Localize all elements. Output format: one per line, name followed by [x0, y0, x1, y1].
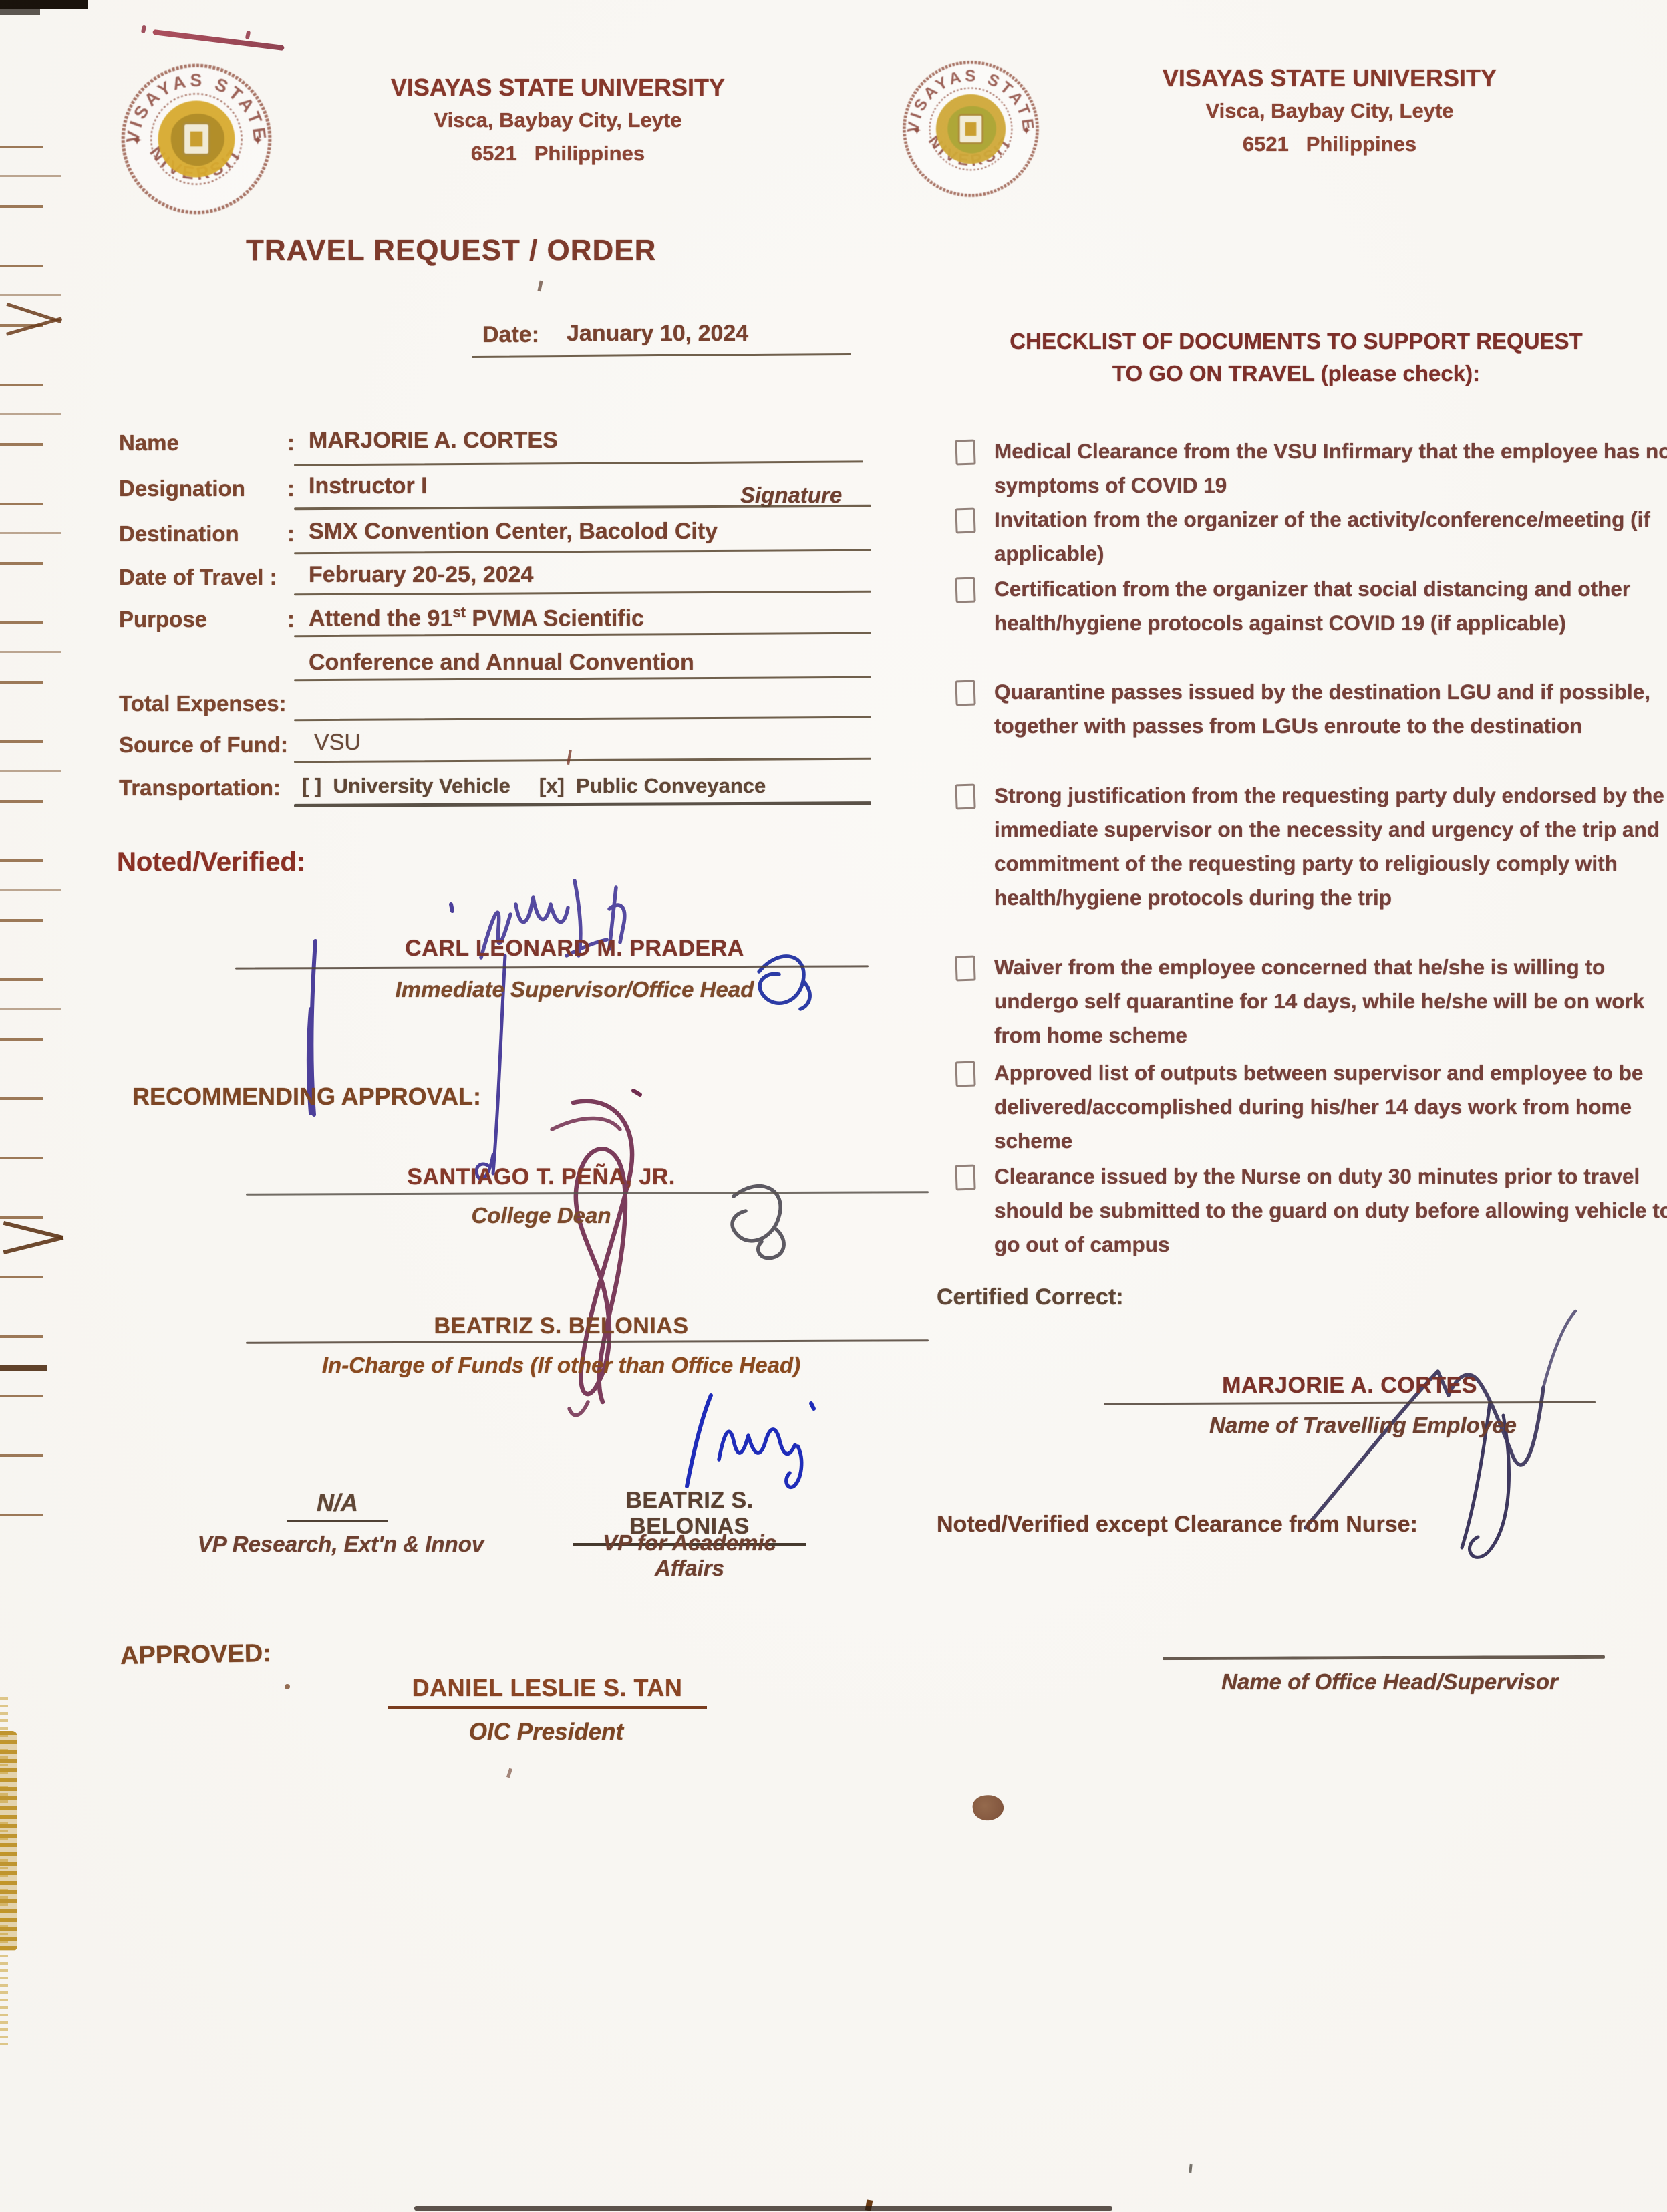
signature-belonias — [655, 1385, 869, 1497]
checkbox-icon — [955, 507, 975, 533]
in-charge-funds-name: BEATRIZ S. BELONIAS — [347, 1313, 775, 1339]
bottom-scan-line — [414, 2206, 1112, 2211]
stray-tick-mark — [537, 281, 543, 292]
checklist-item-text: Medical Clearance from the VSU Infirmary… — [994, 439, 1667, 497]
destination-value: SMX Convention Center, Bacolod City — [309, 519, 718, 545]
checklist-item-text: Waiver from the employee concerned that … — [994, 955, 1644, 1047]
checklist-item: Quarantine passes issued by the destinat… — [954, 675, 1667, 743]
in-charge-funds-line — [246, 1339, 929, 1344]
checklist-item-text: Clearance issued by the Nurse on duty 30… — [994, 1164, 1667, 1256]
scan-edge-corner-mark — [0, 0, 88, 9]
checklist-item: Approved list of outputs between supervi… — [954, 1056, 1667, 1158]
vp-academic-title: VP for Academic Affairs — [583, 1530, 796, 1581]
source-of-fund-value: VSU — [314, 730, 361, 756]
total-expenses-underline — [294, 716, 871, 722]
page-title: TRAVEL REQUEST / ORDER — [246, 234, 656, 267]
total-expenses-label: Total Expenses: — [119, 691, 287, 716]
checklist-item: Strong justification from the requesting… — [954, 779, 1667, 915]
red-ink-dot — [141, 25, 146, 34]
svg-text:✦: ✦ — [252, 133, 263, 148]
designation-value: Instructor I — [309, 473, 428, 499]
travel-date-label: Date of Travel : — [119, 565, 277, 590]
certified-correct-name: MARJORIE A. CORTES — [1163, 1373, 1537, 1399]
approved-heading: APPROVED: — [120, 1639, 272, 1671]
recommending-approval-name: SANTIAGO T. PEÑA, JR. — [321, 1164, 762, 1190]
name-label: Name — [119, 430, 179, 456]
approved-title: OIC President — [428, 1719, 665, 1746]
noted-verified-name: CARL LEONARD M. PRADERA — [281, 936, 869, 962]
purpose-underline-2 — [294, 676, 871, 682]
scanned-travel-request-document: VISAYAS STATE UNIVERSITY ✦ ✦ VISAYAS STA… — [0, 0, 1667, 2212]
svg-text:✦: ✦ — [1021, 123, 1032, 137]
header-left-address1: Visca, Baybay City, Leyte — [364, 108, 752, 132]
bottom-speck — [1189, 2164, 1192, 2173]
transportation-value: [ ] University Vehicle [x] Public Convey… — [302, 774, 766, 798]
office-head-line — [1163, 1655, 1605, 1660]
scan-edge-binder-dashes-2 — [0, 175, 61, 1010]
red-ink-smudge — [152, 29, 284, 51]
certified-correct-line — [1104, 1401, 1596, 1405]
vp-research-title: VP Research, Ext'n & Innov — [154, 1532, 528, 1557]
source-of-fund-underline — [294, 758, 871, 763]
in-charge-funds-title: In-Charge of Funds (If other than Office… — [281, 1353, 842, 1378]
date-underline — [472, 353, 851, 358]
header-left-address2: 6521 Philippines — [364, 142, 752, 166]
purpose-superscript: st — [452, 604, 466, 621]
date-label: Date: — [482, 322, 539, 348]
destination-colon: : — [287, 521, 295, 547]
purpose-colon: : — [287, 607, 295, 632]
noted-verified-title: Immediate Supervisor/Office Head — [281, 977, 869, 1002]
checklist-item-text: Certification from the organizer that so… — [994, 577, 1630, 635]
designation-underline — [294, 505, 871, 511]
checklist-item: Invitation from the organizer of the act… — [954, 503, 1667, 571]
stray-pen-tick — [567, 750, 572, 765]
checklist-item: Medical Clearance from the VSU Infirmary… — [954, 434, 1667, 503]
noted-except-title: Name of Office Head/Supervisor — [1196, 1669, 1583, 1695]
approved-name: DANIEL LESLIE S. TAN — [388, 1674, 707, 1709]
checkbox-icon — [955, 680, 975, 706]
checkbox-icon — [955, 955, 975, 981]
designation-colon: : — [287, 476, 295, 501]
purpose-label: Purpose — [119, 607, 207, 632]
travel-date-value: February 20-25, 2024 — [309, 562, 533, 588]
purpose-underline-1 — [294, 632, 871, 638]
scan-edge-thick-dash — [0, 1365, 47, 1371]
checkbox-icon — [955, 783, 975, 809]
noted-except-heading: Noted/Verified except Clearance from Nur… — [937, 1512, 1418, 1538]
name-value: MARJORIE A. CORTES — [309, 428, 558, 454]
purpose-value-line1: Attend the 91st PVMA Scientific — [309, 604, 644, 632]
name-underline — [294, 460, 863, 466]
svg-text:✦: ✦ — [912, 123, 923, 137]
designation-label: Designation — [119, 476, 245, 501]
certified-correct-title: Name of Travelling Employee — [1176, 1413, 1550, 1438]
checklist-heading-line1: CHECKLIST OF DOCUMENTS TO SUPPORT REQUES… — [962, 329, 1630, 354]
checkbox-icon — [955, 577, 975, 603]
noted-verified-heading: Noted/Verified: — [117, 847, 305, 877]
header-right-university: VISAYAS STATE UNIVERSITY — [1102, 64, 1557, 92]
transportation-label: Transportation: — [119, 775, 281, 801]
header-left-university: VISAYAS STATE UNIVERSITY — [364, 74, 752, 102]
red-ink-dot-2 — [245, 31, 251, 40]
travel-date-underline — [294, 591, 871, 596]
checklist-item-text: Invitation from the organizer of the act… — [994, 507, 1650, 565]
stray-comma-mark — [506, 1768, 512, 1778]
name-colon: : — [287, 430, 295, 456]
certified-correct-heading: Certified Correct: — [937, 1284, 1124, 1310]
purpose-value-line2: Conference and Annual Convention — [309, 650, 694, 676]
header-right-address1: Visca, Baybay City, Leyte — [1102, 99, 1557, 123]
noted-verified-line — [235, 965, 869, 969]
checkbox-icon — [955, 1061, 975, 1087]
scan-edge-gold-cluster-2 — [0, 1697, 8, 2045]
checklist-item: Waiver from the employee concerned that … — [954, 950, 1667, 1053]
vp-research-name: N/A — [287, 1489, 388, 1522]
stray-dot — [285, 1684, 290, 1689]
header-right-address2: 6521 Philippines — [1102, 132, 1557, 156]
destination-underline — [294, 549, 871, 555]
recommending-approval-line — [246, 1191, 929, 1196]
recommending-approval-title: College Dean — [374, 1203, 708, 1228]
destination-label: Destination — [119, 521, 239, 547]
checklist-item-text: Strong justification from the requesting… — [994, 783, 1664, 910]
vsu-seal-right: VISAYAS STATE UNIVERSITY ✦ ✦ — [899, 57, 1042, 200]
date-value: January 10, 2024 — [567, 321, 748, 347]
checklist-item: Certification from the organizer that so… — [954, 572, 1667, 640]
checklist-item-text: Quarantine passes issued by the destinat… — [994, 680, 1650, 738]
transportation-underline — [294, 801, 871, 807]
checkbox-icon — [955, 439, 975, 465]
svg-text:✦: ✦ — [132, 133, 143, 148]
recommending-approval-heading: RECOMMENDING APPROVAL: — [132, 1083, 481, 1111]
ink-blot — [971, 1792, 1006, 1822]
checklist-heading-line2: TO GO ON TRAVEL (please check): — [962, 361, 1630, 386]
checkbox-icon — [955, 1164, 975, 1190]
vsu-seal-left: VISAYAS STATE UNIVERSITY ✦ ✦ — [118, 60, 275, 218]
checklist-item-text: Approved list of outputs between supervi… — [994, 1061, 1643, 1153]
signature-pradera — [281, 841, 828, 1215]
checklist-item: Clearance issued by the Nurse on duty 30… — [954, 1159, 1667, 1262]
scan-edge-corner-mark-2 — [0, 9, 40, 15]
source-of-fund-label: Source of Fund: — [119, 732, 288, 758]
